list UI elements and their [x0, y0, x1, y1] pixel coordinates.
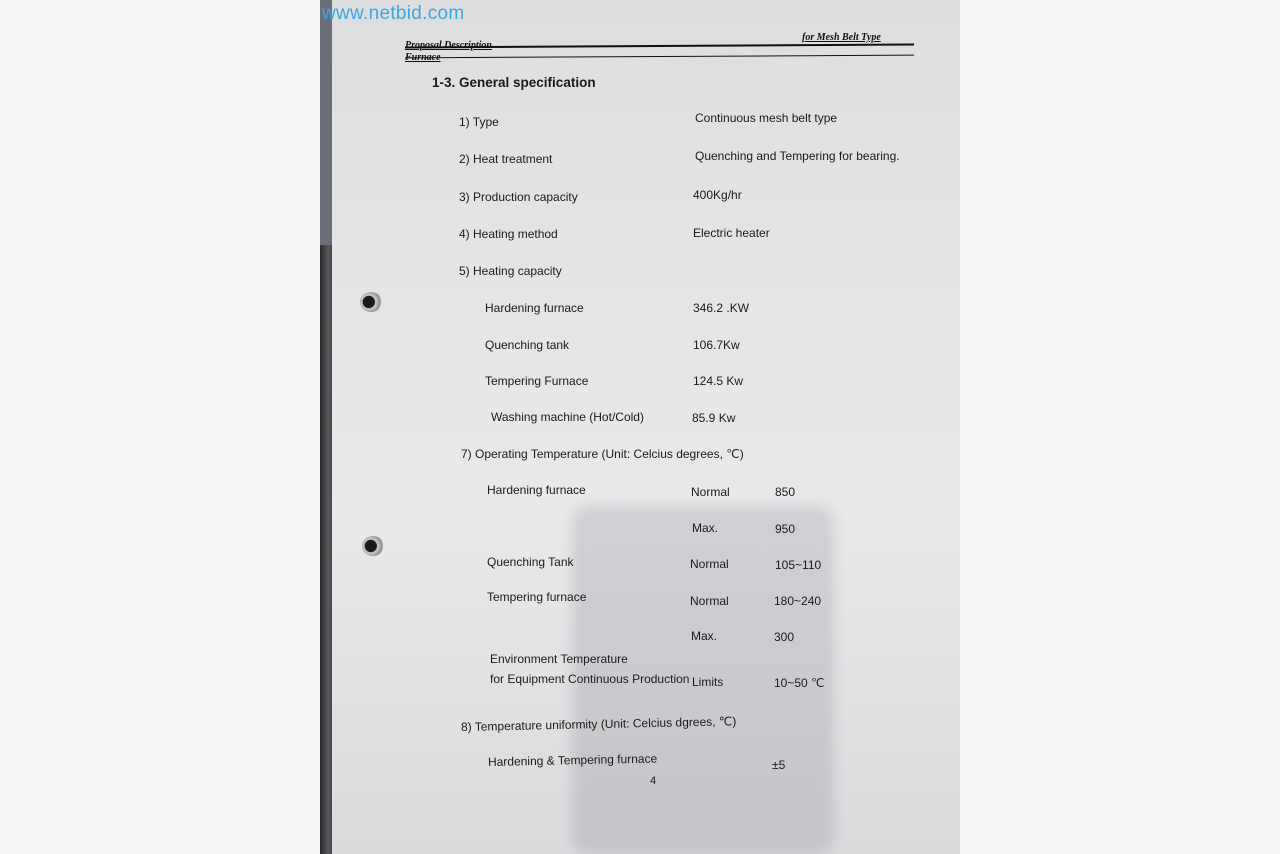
spec-label: 4) Heating method	[459, 227, 558, 241]
temp-value: 105~110	[775, 558, 821, 572]
environment-mode: Limits	[692, 675, 723, 689]
heating-item-label: Quenching tank	[485, 338, 569, 352]
spec-label: 5) Heating capacity	[459, 264, 562, 278]
spec-value: Quenching and Tempering for bearing.	[695, 149, 900, 163]
heating-item-value: 124.5 Kw	[693, 374, 743, 388]
spec-label: 3) Production capacity	[459, 190, 578, 204]
header-mesh-belt-type: for Mesh Belt Type	[802, 32, 881, 43]
temp-mode: Normal	[690, 594, 729, 608]
heating-item-value: 85.9 Kw	[692, 411, 735, 425]
temp-value: 300	[774, 630, 794, 644]
spec-value: 400Kg/hr	[693, 188, 742, 202]
uniformity-value: ±5	[772, 758, 785, 772]
temp-mode: Max.	[691, 629, 717, 643]
temp-mode: Max.	[692, 521, 718, 535]
spec-label: 2) Heat treatment	[459, 152, 552, 166]
temp-value: 950	[775, 522, 795, 536]
environment-value: 10~50 ℃	[774, 676, 825, 690]
heating-item-label: Tempering Furnace	[485, 374, 588, 388]
environment-label-line2: for Equipment Continuous Production	[490, 672, 689, 686]
spec-label: 1) Type	[459, 115, 499, 129]
spec-value: Electric heater	[693, 226, 770, 240]
punch-hole-top	[360, 292, 382, 312]
temp-mode: Normal	[691, 485, 730, 499]
punch-hole-bottom	[362, 536, 384, 556]
temp-item: Tempering furnace	[487, 590, 586, 604]
heating-item-value: 346.2 .KW	[693, 301, 749, 315]
heating-item-label: Washing machine (Hot/Cold)	[491, 410, 644, 424]
heating-item-label: Hardening furnace	[485, 301, 584, 315]
temp-value: 180~240	[774, 594, 821, 608]
page-number: 4	[650, 775, 656, 787]
temp-mode: Normal	[690, 557, 729, 571]
temp-item: Quenching Tank	[487, 555, 574, 569]
environment-label-line1: Environment Temperature	[490, 652, 628, 666]
section-title: 1-3. General specification	[432, 75, 596, 90]
temp-item: Hardening furnace	[487, 483, 586, 497]
operating-temperature-title: 7) Operating Temperature (Unit: Celcius …	[461, 447, 744, 461]
temp-value: 850	[775, 485, 795, 499]
spec-value: Continuous mesh belt type	[695, 111, 837, 125]
watermark-link[interactable]: www.netbid.com	[322, 3, 465, 25]
heating-item-value: 106.7Kw	[693, 338, 740, 352]
